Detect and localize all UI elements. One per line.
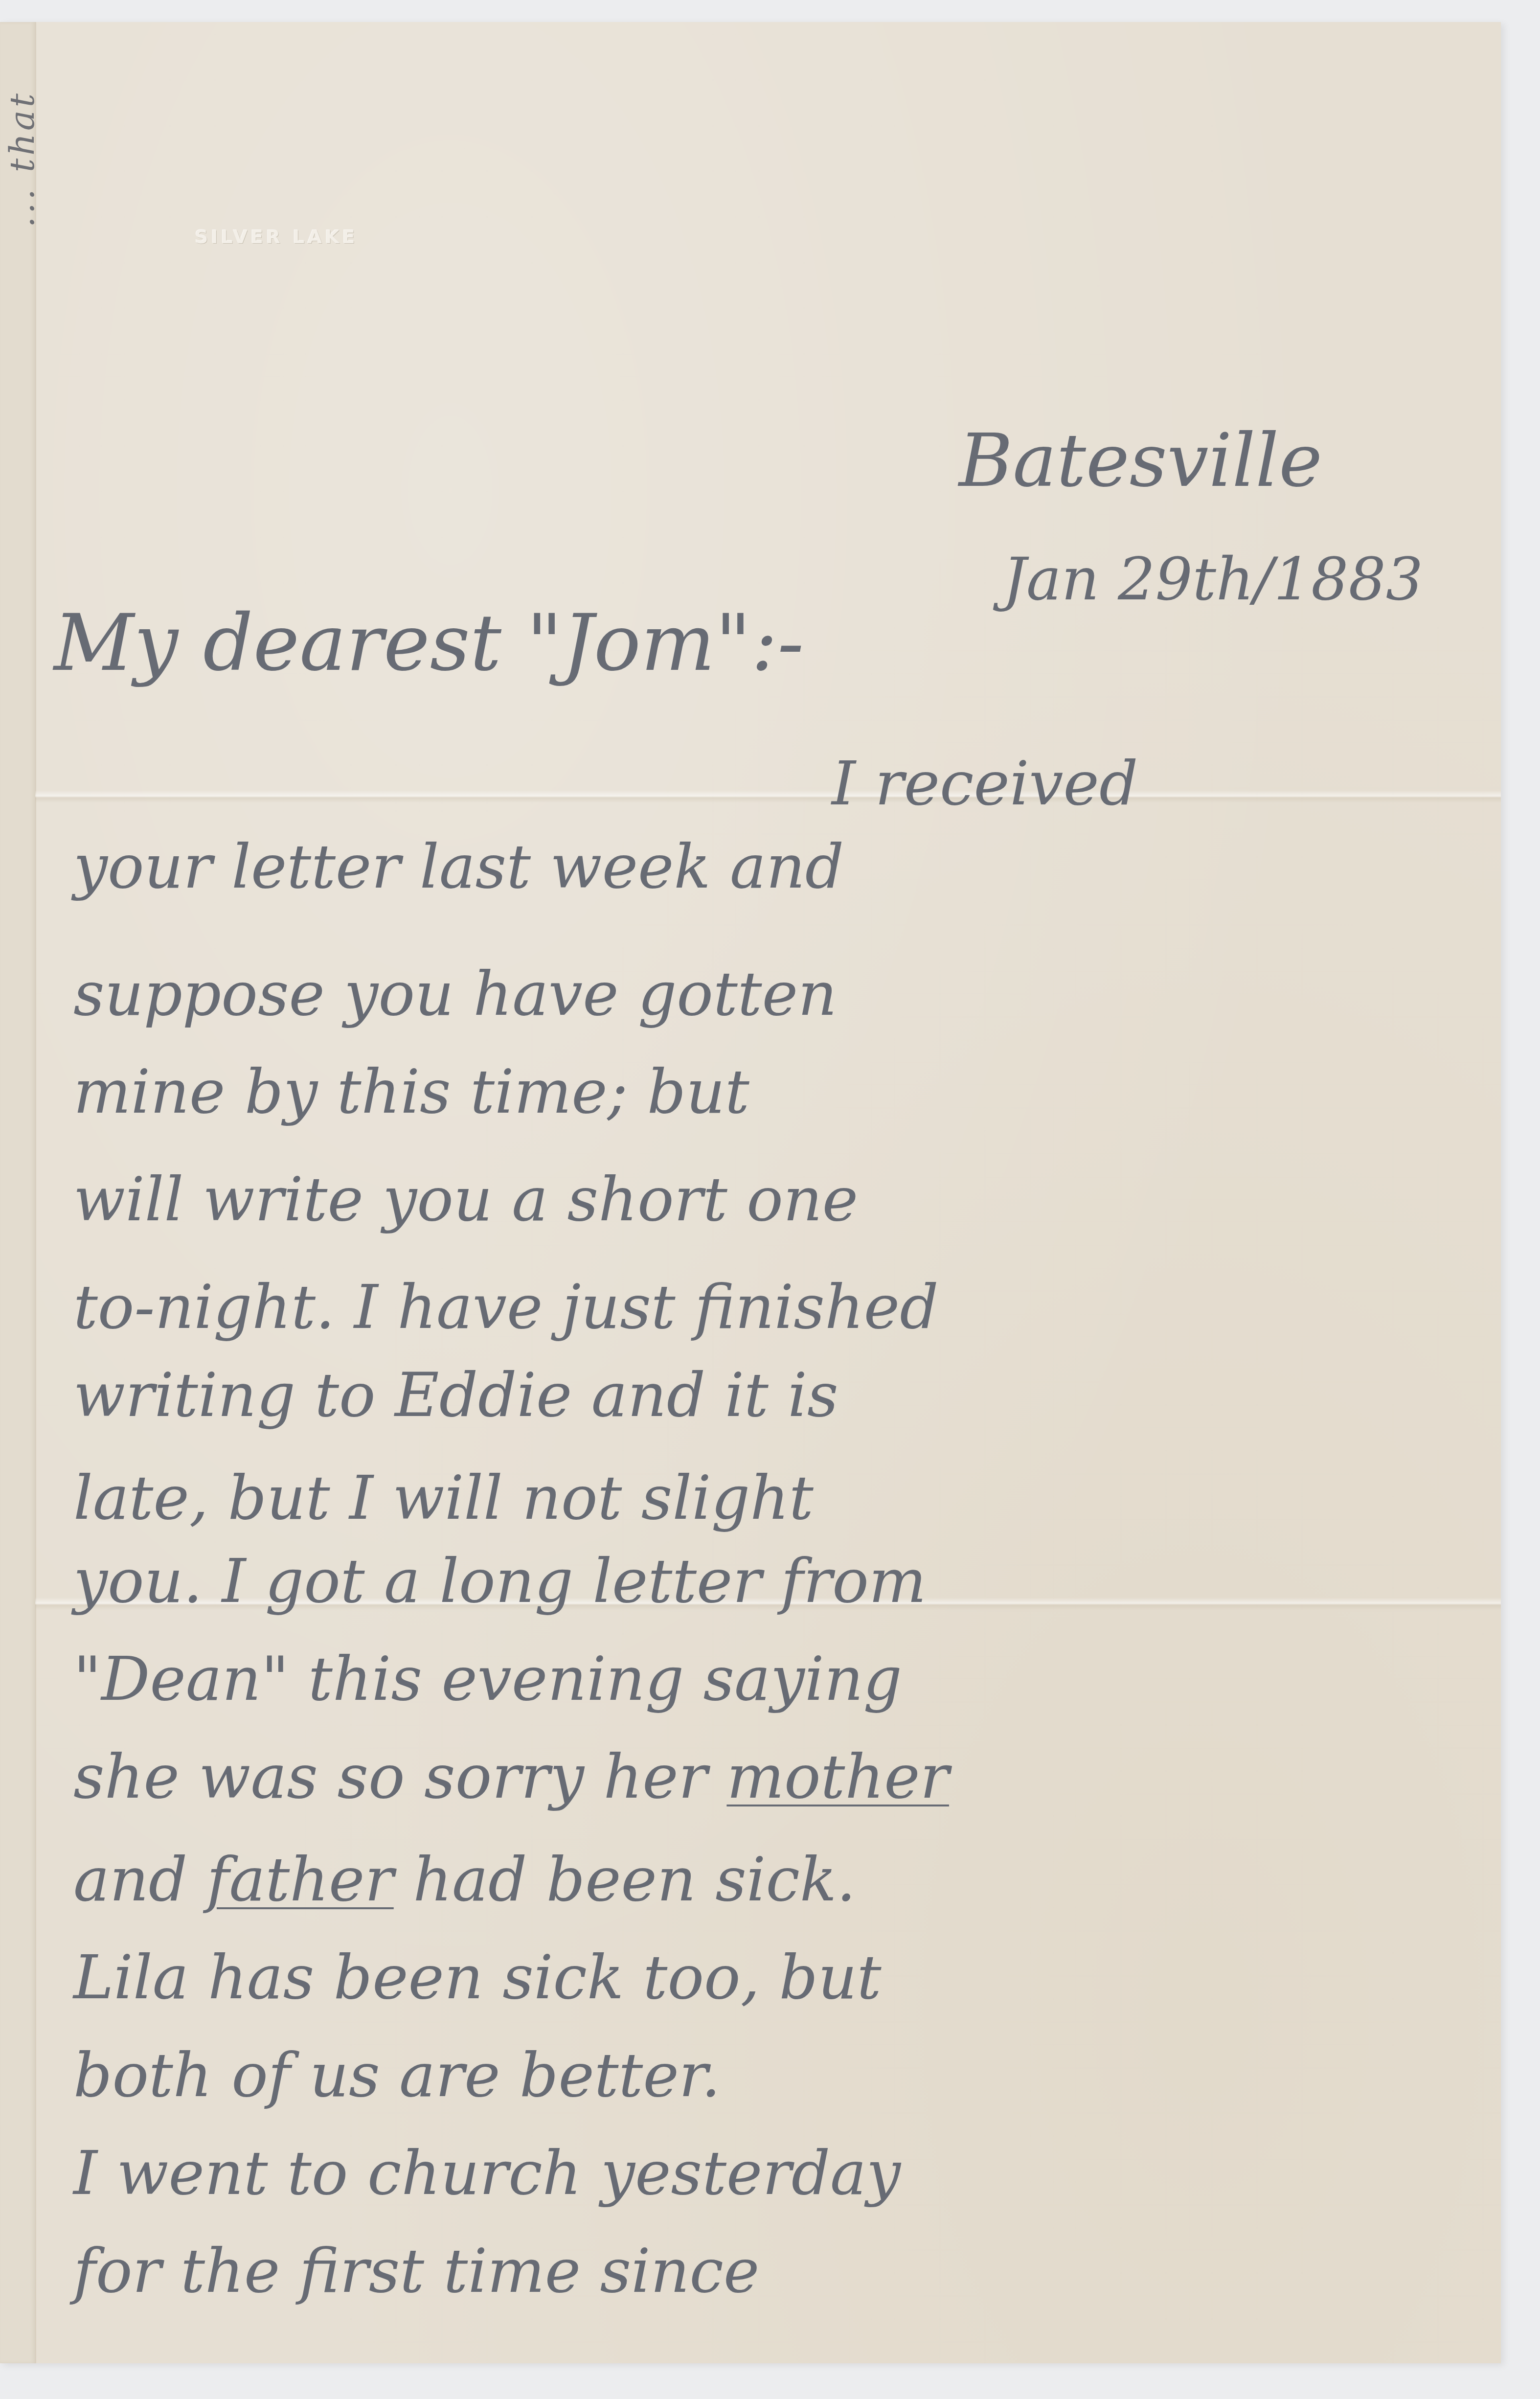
body-line: mine by this time; but	[73, 1057, 749, 1127]
letter-place: Batesville	[959, 418, 1322, 503]
body-text: had been sick.	[413, 1845, 856, 1915]
body-line: you. I got a long letter from	[73, 1546, 927, 1617]
facing-page-text: ... that	[2, 91, 42, 228]
body-line: and father had been sick.	[73, 1845, 856, 1915]
body-line: your letter last week and	[73, 832, 844, 902]
body-line: will write you a short one	[73, 1165, 858, 1235]
underlined-word: father	[207, 1845, 394, 1915]
body-line: suppose you have gotten	[73, 959, 837, 1029]
body-line: late, but I will not slight	[73, 1463, 814, 1533]
body-line: she was so sorry her mother	[73, 1742, 949, 1812]
body-line: for the first time since	[73, 2236, 759, 2307]
body-line: Lila has been sick too, but	[73, 1942, 882, 2013]
embossed-letterhead: SILVER LAKE	[195, 226, 358, 248]
body-line: both of us are better.	[73, 2040, 721, 2111]
fold-crease	[35, 790, 1501, 803]
letter-date: Jan 29th/1883	[1003, 546, 1423, 614]
salutation: My dearest "Jom":-	[54, 597, 804, 688]
body-text: and	[73, 1845, 187, 1915]
body-line: "Dean" this evening saying	[73, 1644, 902, 1714]
underlined-word: mother	[726, 1742, 949, 1812]
facing-page-strip: ... that	[0, 22, 36, 2363]
body-text: she was so sorry her	[73, 1742, 707, 1812]
body-line: writing to Eddie and it is	[73, 1360, 838, 1431]
body-line: I went to church yesterday	[73, 2138, 901, 2209]
body-line: I received	[832, 749, 1138, 819]
body-line: to-night. I have just finished	[73, 1272, 939, 1343]
